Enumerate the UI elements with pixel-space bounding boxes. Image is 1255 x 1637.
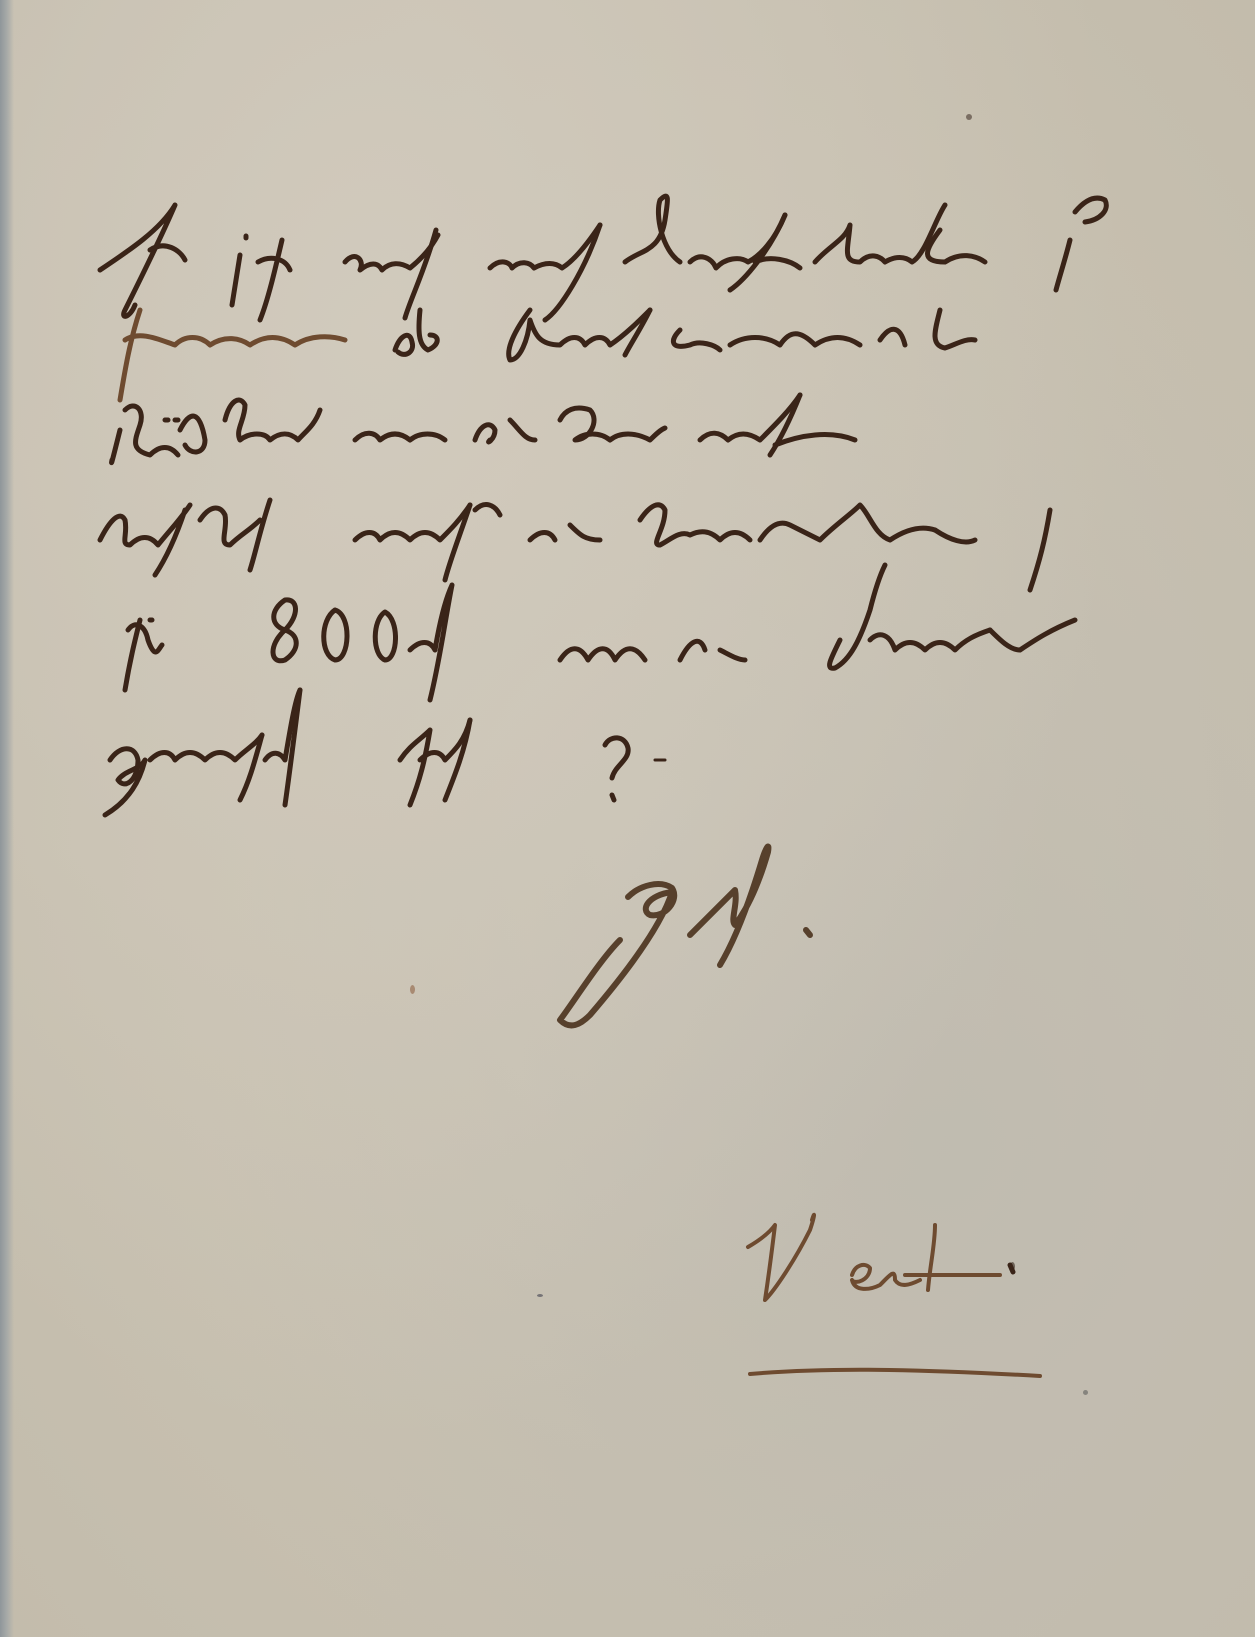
verso-note: Vert. (750, 1220, 891, 1283)
body-line-6: getauscht hat? (110, 730, 542, 793)
verso-dot (1010, 1265, 1013, 1272)
body-line-5: für 800 fl von der Gemeinde (120, 615, 948, 678)
body-line-2: fordern ob Supplicantin das (120, 310, 939, 373)
verso-underline (750, 1370, 1040, 1376)
body-line-1: Es ist auch noch Bericht darüber zu (100, 220, 1155, 283)
body-line-4: besitzt welches der Kniebelberg (100, 500, 1044, 563)
closing-mark: gsch. (600, 860, 754, 923)
body-line-3: Stück Land von der Pfarre noch (115, 400, 1049, 463)
